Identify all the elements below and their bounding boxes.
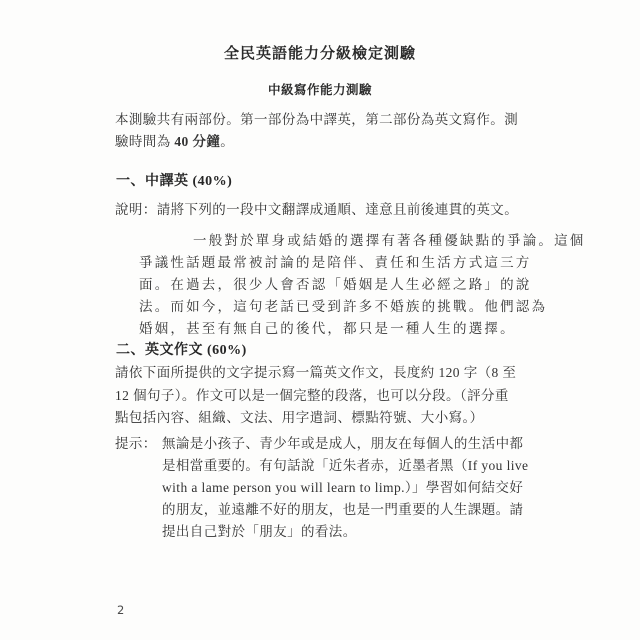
text-line: 12 個句子）。作文可以是一個完整的段落，也可以分段。（評分重 [115, 385, 516, 408]
text-line: 是相當重要的。有句話說「近朱者赤，近墨者黑（If you live [162, 455, 528, 477]
section2-instruction: 請依下面所提供的文字提示寫一篇英文作文，長度約 120 字（8 至12 個句子）… [115, 362, 516, 430]
section1-instruction: 說明：請將下列的一段中文翻譯成通順、達意且前後連貫的英文。 [115, 199, 518, 221]
intro-line2: 驗時間為 40 分鐘。 [115, 131, 518, 153]
test-duration: 40 分鐘 [174, 134, 220, 149]
text-line: with a lame person you will learn to lim… [162, 477, 528, 499]
text-line: 提出自己對於「朋友」的看法。 [162, 521, 528, 543]
translation-passage: 一般對於單身或結婚的選擇有著各種優缺點的爭論。這個爭議性話題最常被討論的是陪伴、… [139, 230, 586, 340]
text-line: 法。而如今，這句老話已受到許多不婚族的挑戰。他們認為 [139, 296, 586, 318]
text-line: 面。在過去，很少人會否認「婚姻是人生必經之路」的說 [139, 274, 586, 296]
text-line: 一般對於單身或結婚的選擇有著各種優缺點的爭論。這個 [139, 230, 586, 252]
document-page: 全民英語能力分級檢定測驗 中級寫作能力測驗 本測驗共有兩部份。第一部份為中譯英，… [0, 0, 640, 640]
text-line: 的朋友，並遠離不好的朋友，也是一門重要的人生課題。請 [162, 499, 528, 521]
intro-line2-prefix: 驗時間為 [115, 134, 174, 149]
document-subtitle: 中級寫作能力測驗 [0, 80, 640, 98]
text-line: 請依下面所提供的文字提示寫一篇英文作文，長度約 120 字（8 至 [115, 362, 516, 385]
hint-text: 無論是小孩子、青少年或是成人，朋友在每個人的生活中都是相當重要的。有句話說「近朱… [162, 433, 528, 543]
page-number: 2 [117, 603, 124, 617]
intro-line2-suffix: 。 [220, 134, 234, 149]
text-line: 點包括內容、組織、文法、用字遣詞、標點符號、大小寫。） [115, 407, 516, 430]
document-title: 全民英語能力分級檢定測驗 [0, 42, 640, 63]
intro-paragraph: 本測驗共有兩部份。第一部份為中譯英，第二部份為英文寫作。測 驗時間為 40 分鐘… [115, 109, 518, 153]
text-line: 婚姻，甚至有無自己的後代，都只是一種人生的選擇。 [139, 318, 586, 340]
section2-heading: 二、英文作文 (60%) [116, 339, 247, 359]
hint-block: 提示： 無論是小孩子、青少年或是成人，朋友在每個人的生活中都是相當重要的。有句話… [115, 433, 528, 543]
intro-line1: 本測驗共有兩部份。第一部份為中譯英，第二部份為英文寫作。測 [115, 109, 518, 131]
text-line: 無論是小孩子、青少年或是成人，朋友在每個人的生活中都 [162, 433, 528, 455]
hint-label: 提示： [115, 433, 162, 543]
section1-heading: 一、中譯英 (40%) [116, 170, 232, 190]
text-line: 爭議性話題最常被討論的是陪伴、責任和生活方式這三方 [139, 252, 586, 274]
